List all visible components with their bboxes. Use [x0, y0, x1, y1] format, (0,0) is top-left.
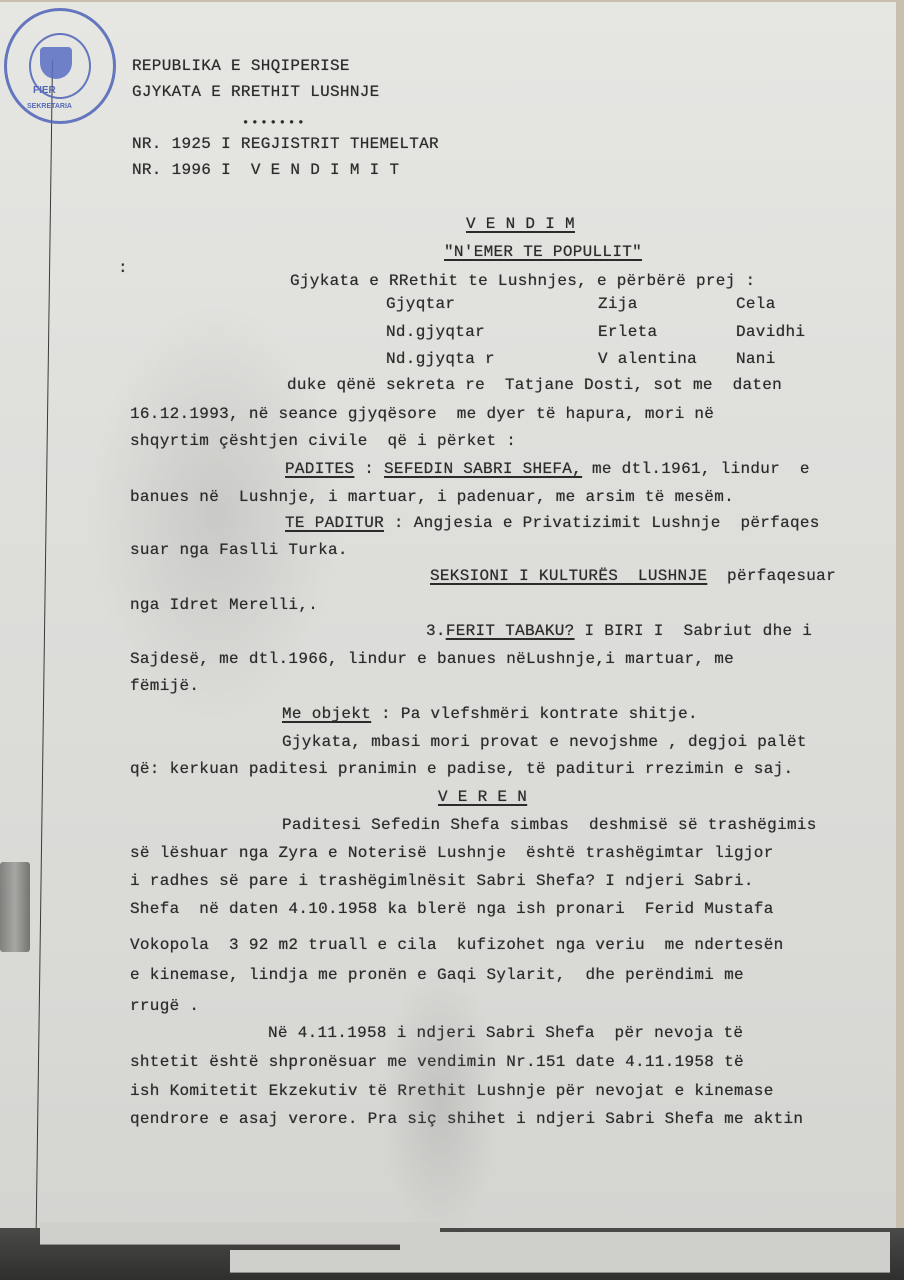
third-party-line: 3.FERIT TABAKU? I BIRI I Sabriut dhe i [426, 622, 812, 640]
decision-subtitle: "N'EMER TE POPULLIT" [444, 243, 642, 261]
findings-line: Shefa në daten 4.10.1958 ka blerë nga is… [130, 900, 774, 918]
defendant-line: TE PADITUR : Angjesia e Privatizimit Lus… [285, 514, 820, 532]
findings-line: Vokopola 3 92 m2 truall e cila kufizohet… [130, 936, 784, 954]
observes-heading: V E R E N [438, 788, 527, 806]
culture-section-line-2: nga Idret Merelli,. [130, 596, 318, 614]
plaintiff-details: me dtl.1961, lindur e [582, 460, 810, 478]
margin-rule-line [36, 60, 53, 1230]
registry-number: NR. 1925 I REGJISTRIT THEMELTAR [132, 135, 439, 153]
seal-bottom-text: SEKRETARIA [27, 103, 72, 110]
defendant-label: TE PADITUR [285, 514, 384, 532]
hearing-line: Gjykata, mbasi mori provat e nevojshme ,… [282, 733, 807, 751]
expropriation-line: qendrore e asaj verore. Pra siç shihet i… [130, 1110, 803, 1128]
defendant-details: : Angjesia e Privatizimit Lushnje përfaq… [384, 514, 820, 532]
culture-section-name: SEKSIONI I KULTURËS LUSHNJE [430, 567, 707, 585]
header-republic: REPUBLIKA E SHQIPERISE [132, 57, 350, 75]
findings-line: së lëshuar nga Zyra e Noterisë Lushnje ë… [130, 844, 774, 862]
third-party-rest: I BIRI I Sabriut dhe i [575, 622, 813, 640]
plaintiff-line: PADITES : SEFEDIN SABRI SHEFA, me dtl.19… [285, 460, 810, 478]
findings-line: e kinemase, lindja me pronën e Gaqi Syla… [130, 966, 744, 984]
member-role: Nd.gjyqtar [386, 323, 485, 341]
court-seal-stamp: FIER SEKRETARIA [4, 8, 116, 124]
findings-line: i radhes së pare i trashëgimlnësit Sabri… [130, 872, 754, 890]
defendant-line-2: suar nga Faslli Turka. [130, 541, 348, 559]
header-court: GJYKATA E RRETHIT LUSHNJE [132, 83, 380, 101]
decision-title: V E N D I M [466, 215, 575, 233]
expropriation-line: shtetit është shpronësuar me vendimin Nr… [130, 1053, 744, 1071]
court-composition-intro: Gjykata e RRethit te Lushnjes, e përbërë… [290, 272, 755, 290]
hearing-line: që: kerkuan paditesi pranimin e padise, … [130, 760, 793, 778]
member-last-name: Nani [736, 350, 776, 368]
member-last-name: Davidhi [736, 323, 805, 341]
body-line: 16.12.1993, në seance gjyqësore me dyer … [130, 405, 714, 423]
third-party-line-2: Sajdesë, me dtl.1966, lindur e banues në… [130, 650, 734, 668]
member-role: Gjyqtar [386, 295, 455, 313]
plaintiff-name: SEFEDIN SABRI SHEFA, [384, 460, 582, 478]
member-first-name: Zija [598, 295, 638, 313]
third-party-prefix: 3. [426, 622, 446, 640]
culture-section-rest: përfaqesuar [707, 567, 836, 585]
plaintiff-label: PADITES [285, 460, 354, 478]
expropriation-line: Në 4.11.1958 i ndjeri Sabri Shefa për ne… [268, 1024, 743, 1042]
stacked-page-edge [230, 1250, 890, 1273]
eagle-emblem-icon [40, 47, 72, 79]
case-object-line: Me objekt : Pa vlefshmëri kontrate shitj… [282, 705, 698, 723]
findings-line: rrugë . [130, 997, 199, 1015]
body-line: shqyrtim çështjen civile që i përket : [130, 432, 516, 450]
third-party-name: FERIT TABAKU? [446, 622, 575, 640]
decision-number: NR. 1996 I V E N D I M I T [132, 161, 399, 179]
header-separator-dots: ••••••• [242, 116, 306, 130]
binder-clip [0, 862, 30, 952]
plaintiff-line-2: banues në Lushnje, i martuar, i padenuar… [130, 488, 734, 506]
findings-line: Paditesi Sefedin Shefa simbas deshmisë s… [282, 816, 817, 834]
margin-colon-mark: : [118, 259, 128, 277]
third-party-line-3: fëmijë. [130, 677, 199, 695]
member-first-name: Erleta [598, 323, 657, 341]
seal-city: FIER [33, 85, 56, 96]
stacked-page-edge [40, 1222, 440, 1245]
case-object-text: : Pa vlefshmëri kontrate shitje. [371, 705, 698, 723]
case-object-label: Me objekt [282, 705, 371, 723]
document-page: FIER SEKRETARIA REPUBLIKA E SHQIPERISE G… [0, 2, 896, 1230]
member-first-name: V alentina [598, 350, 697, 368]
body-line: duke qënë sekreta re Tatjane Dosti, sot … [287, 376, 782, 394]
culture-section-line: SEKSIONI I KULTURËS LUSHNJE përfaqesuar [430, 567, 836, 585]
member-last-name: Cela [736, 295, 776, 313]
member-role: Nd.gjyqta r [386, 350, 495, 368]
expropriation-line: ish Komitetit Ekzekutiv të Rrethit Lushn… [130, 1082, 774, 1100]
